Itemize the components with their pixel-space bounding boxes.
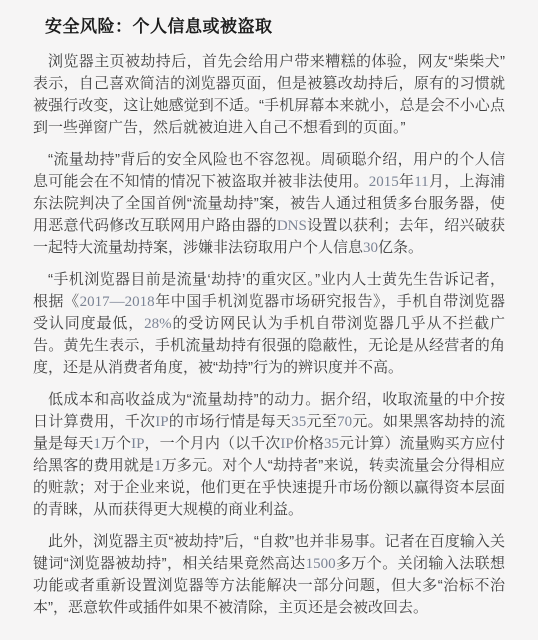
latin-text: 1 — [154, 458, 162, 474]
latin-text: 35 — [291, 414, 306, 430]
latin-text: 11 — [414, 174, 428, 190]
latin-text: 35 — [324, 436, 339, 452]
latin-text: DNS — [277, 218, 307, 234]
latin-text: IP — [131, 436, 144, 452]
article-title: 安全风险：个人信息或被盗取 — [45, 12, 538, 37]
article-paragraph: 此外，浏览器主页“被劫持”后，“自救”也并非易事。记者在百度输入关键词“浏览器被… — [33, 531, 505, 619]
latin-text: 2015 — [369, 174, 399, 190]
latin-text: IP — [155, 414, 168, 430]
article-paragraph: “流量劫持”背后的安全风险也不容忽视。周硕聪介绍，用户的个人信息可能会在不知情的… — [33, 149, 505, 259]
latin-text: 1500 — [306, 556, 336, 572]
article-paragraph: 低成本和高收益成为“流量劫持”的动力。据介绍，收取流量的中介按日计算费用，千次I… — [33, 389, 505, 521]
article-body: 安全风险：个人信息或被盗取 浏览器主页被劫持后，首先会给用户带来糟糕的体验，网友… — [0, 0, 538, 640]
latin-text: 70 — [337, 414, 352, 430]
latin-text: IP — [280, 436, 293, 452]
latin-text: 2017—2018 — [80, 294, 155, 310]
latin-text: 28% — [144, 316, 172, 332]
latin-text: 1 — [93, 436, 101, 452]
article-paragraph: 浏览器主页被劫持后，首先会给用户带来糟糕的体验，网友“柴柴犬”表示，自己喜欢简洁… — [33, 51, 505, 139]
latin-text: 30 — [363, 240, 378, 256]
article-paragraph: “手机浏览器目前是流量‘劫持’的重灾区。”业内人士黄先生告诉记者，根据《2017… — [33, 269, 505, 379]
